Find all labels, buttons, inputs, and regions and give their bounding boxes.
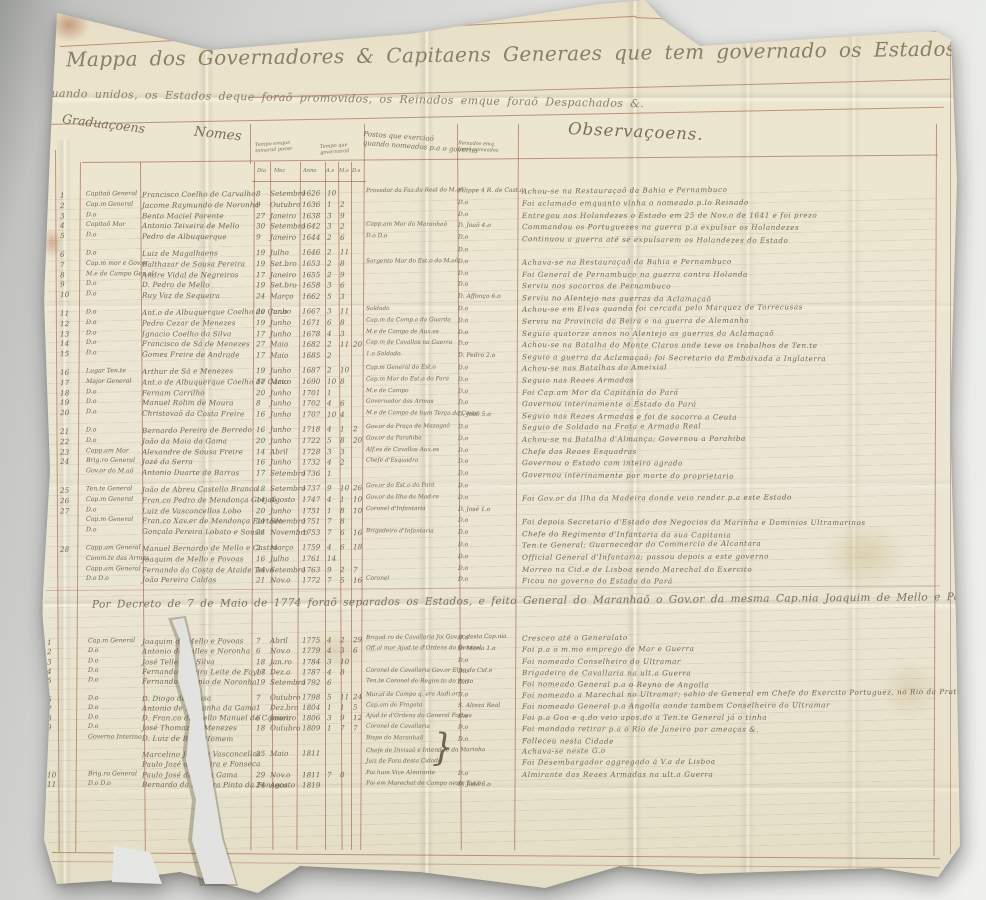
cell-p: Alf.es de Cavallos Aux.es bbox=[366, 447, 439, 453]
cell-an: 1751 bbox=[302, 517, 320, 526]
cell-r: D. Maria 1.a bbox=[458, 645, 496, 652]
cell-m: 10 bbox=[340, 657, 349, 666]
column-header-observacoens: Observaçoens. bbox=[568, 119, 704, 144]
cell-mz: Junho bbox=[270, 329, 291, 338]
cell-r: D.o bbox=[458, 364, 468, 371]
cell-r: D.o bbox=[458, 305, 468, 312]
cell-n: 7 bbox=[60, 260, 65, 269]
cell-di: 20 bbox=[256, 436, 265, 445]
cell-g: D.o bbox=[86, 329, 96, 336]
cell-n: 4 bbox=[60, 221, 65, 230]
cell-mz: Set.bro bbox=[270, 281, 297, 290]
cell-r: D.o bbox=[458, 270, 468, 277]
cell-di: 19 bbox=[256, 366, 265, 375]
cell-di: 20 bbox=[256, 388, 265, 397]
cell-m: 8 bbox=[340, 517, 345, 526]
cell-o: Seguio nas Reaes Armadas bbox=[522, 375, 634, 385]
cell-p: Provedor da Faz.da Real do M.aõ bbox=[366, 187, 463, 194]
cell-di: 16 bbox=[256, 554, 265, 563]
cell-nm: Joaquim de Mello e Povoas bbox=[142, 554, 244, 563]
cell-an: 1787 bbox=[302, 667, 320, 676]
cell-di: 27 bbox=[256, 211, 265, 220]
cell-a: 2 bbox=[327, 340, 332, 349]
cell-mz: Dez.o bbox=[270, 667, 290, 676]
cell-di: 19 bbox=[256, 259, 265, 268]
cell-o: Ficou no governo do Estado do Pará bbox=[522, 576, 673, 585]
cell-a: 1 bbox=[327, 469, 332, 478]
photograph-of-manuscript: Mappa dos Governadores & Capitaens Gener… bbox=[0, 0, 986, 900]
cell-an: 1678 bbox=[302, 329, 320, 338]
cell-n: 22 bbox=[60, 437, 69, 446]
cell-mz: Setembro bbox=[270, 469, 306, 478]
cell-g: D.o bbox=[86, 506, 96, 513]
cell-a: 3 bbox=[327, 281, 332, 290]
cell-a: 7 bbox=[327, 576, 332, 585]
cell-nm: Balthazar de Sousa Pereira bbox=[142, 259, 245, 269]
cell-nm: Bernardo da Silveira Pinto da Fonseca bbox=[142, 780, 288, 789]
cell-n: 6 bbox=[60, 250, 65, 259]
cell-mz: Set.bro bbox=[270, 259, 297, 268]
cell-mz: Outubro bbox=[270, 724, 300, 733]
cell-mz: Nov.o bbox=[270, 646, 290, 655]
cell-nm: João Pereira Caldas bbox=[142, 575, 216, 584]
cell-o: Foi nomeado General p.a Angolla aonde ta… bbox=[522, 700, 830, 711]
cell-p: Brigadeiro d'Infantaria bbox=[366, 528, 434, 534]
cell-nm: Marcelino Jozé de Vasconcellos bbox=[142, 749, 261, 759]
cell-d: 7 bbox=[353, 565, 358, 574]
cell-a: 3 bbox=[327, 447, 332, 456]
cell-di: 20 bbox=[256, 307, 265, 316]
red-rule-horizontal bbox=[52, 852, 940, 859]
cell-a: 3 bbox=[327, 657, 332, 666]
cell-p: Bispo do Maranhaõ bbox=[366, 735, 423, 741]
cell-g: D.o bbox=[86, 437, 96, 444]
cell-m: 6 bbox=[340, 233, 345, 242]
cell-o: Official General d'Infantaria; passou de… bbox=[522, 551, 769, 561]
cell-o: Foi p.a o m.mo emprego de Mar e Guerra bbox=[522, 644, 694, 654]
cell-mz: Setembro bbox=[270, 189, 306, 198]
cell-a: 1 bbox=[327, 506, 332, 515]
cell-g: D.o bbox=[86, 308, 96, 315]
cell-o: Morreo na Cid.e de Lisboa sendo Marechal… bbox=[522, 564, 752, 573]
cell-a: 4 bbox=[327, 399, 332, 408]
cell-r: D.o bbox=[458, 724, 468, 731]
cell-r: D.o bbox=[458, 246, 468, 253]
cell-n: 16 bbox=[60, 368, 69, 377]
cell-nm: Fernando Antonio de Noronha bbox=[142, 677, 257, 687]
cell-nm: Francisco de Sá de Menezes bbox=[142, 339, 250, 348]
cell-nm: Luiz de Vasconcellos Lobo bbox=[142, 506, 241, 515]
cell-d: 20 bbox=[353, 340, 362, 349]
cell-n: 5 bbox=[60, 231, 65, 240]
red-rule-vertical bbox=[250, 124, 251, 164]
cell-mz: Maio bbox=[270, 749, 288, 758]
cell-nm: Antonio de Saldanha da Gama bbox=[142, 703, 256, 713]
cell-a: 3 bbox=[327, 713, 332, 722]
cell-di: 16 bbox=[256, 410, 265, 419]
cell-nm: Paulo Jozé d'Oliveira e Fonseca bbox=[142, 759, 261, 769]
cell-p: Mar.al de Campo q. era Audi.or bbox=[366, 691, 458, 698]
cell-a: 4 bbox=[327, 424, 332, 433]
cell-g: D.o bbox=[86, 280, 96, 287]
cell-r: D.o bbox=[458, 258, 468, 265]
cell-p: 1.o Soldado bbox=[366, 351, 401, 357]
cell-m: 6 bbox=[340, 281, 345, 290]
cell-n: 19 bbox=[60, 398, 69, 407]
cell-an: 1804 bbox=[302, 703, 320, 712]
cell-r: Filippe 4 R. de Cast.a bbox=[458, 187, 524, 195]
cell-nm: Arthur de Sá e Menezes bbox=[142, 366, 233, 376]
cell-di: 1 bbox=[256, 703, 261, 712]
cell-r: D.o bbox=[458, 517, 468, 524]
cell-nm: Fernando Pereira Leite de Foyos bbox=[142, 667, 265, 676]
cell-n: 7 bbox=[47, 704, 52, 713]
cell-n: 26 bbox=[60, 496, 69, 505]
cell-r: D.o bbox=[458, 435, 468, 442]
cell-m: 2 bbox=[340, 222, 345, 231]
cell-g: D.o bbox=[86, 339, 96, 346]
cell-an: 1644 bbox=[302, 233, 320, 242]
cell-a: 4 bbox=[327, 667, 332, 676]
paper-sheet: Mappa dos Governadores & Capitaens Gener… bbox=[0, 0, 986, 900]
cell-an: 1751 bbox=[302, 506, 320, 515]
cell-g: Ten.te General bbox=[86, 485, 132, 492]
cell-an: 1690 bbox=[302, 377, 320, 386]
cell-an: 1763 bbox=[302, 565, 320, 574]
cell-n: 12 bbox=[60, 319, 69, 328]
cell-an: 1626 bbox=[302, 189, 320, 198]
cell-an: 1737 bbox=[302, 484, 320, 493]
subheader-dia: Dia bbox=[257, 168, 266, 174]
cell-r: D.o bbox=[458, 458, 468, 465]
cell-o: Foi depois Secretario d'Estado dos Negoc… bbox=[522, 517, 866, 527]
cell-mz: Setembro bbox=[270, 565, 306, 574]
cell-an: 1811 bbox=[302, 770, 320, 779]
cell-an: 1655 bbox=[302, 270, 320, 279]
cell-r: D.o bbox=[458, 494, 468, 501]
cell-r: D.o bbox=[458, 317, 468, 324]
cell-o: Foi nomeado General p.a o Reyno de Angol… bbox=[522, 679, 709, 689]
cell-an: 1759 bbox=[302, 543, 320, 552]
cell-di: 6 bbox=[256, 646, 261, 655]
cell-g: D.o bbox=[86, 426, 96, 433]
cell-nm: Gomes Freire de Andrade bbox=[142, 350, 240, 360]
cell-nm: Paulo José da Silva Gama bbox=[142, 770, 238, 779]
cell-r: D.o bbox=[458, 553, 468, 560]
cell-n: 21 bbox=[60, 427, 69, 436]
cell-a: 3 bbox=[327, 306, 332, 315]
cell-di: 24 bbox=[256, 780, 265, 789]
cell-m: 3 bbox=[340, 646, 345, 655]
cell-di: 16 bbox=[256, 425, 265, 434]
cell-di: 17 bbox=[256, 469, 265, 478]
cell-nm: Ruy Vaz de Sequeira bbox=[142, 291, 220, 301]
cell-d: 29 bbox=[353, 635, 362, 644]
cell-m: 8 bbox=[340, 436, 345, 445]
cell-r: D.o bbox=[458, 735, 468, 742]
cell-mz: Nov.o bbox=[270, 770, 290, 779]
cell-m: 2 bbox=[340, 635, 345, 644]
cell-g: D.o bbox=[86, 408, 96, 415]
cell-a: 2 bbox=[327, 233, 332, 242]
cell-m: 7 bbox=[340, 724, 345, 733]
corner-stain bbox=[48, 8, 90, 42]
red-rule-horizontal bbox=[52, 861, 940, 868]
cell-r: D. Pedro 2.o bbox=[458, 352, 495, 359]
cell-m: 10 bbox=[340, 483, 349, 492]
cell-p: Coronel d'Infantaria bbox=[366, 506, 426, 512]
cell-d: 6 bbox=[353, 646, 358, 655]
cell-a: 9 bbox=[327, 483, 332, 492]
cell-n: 18 bbox=[60, 388, 69, 397]
cell-mz: Outubro bbox=[270, 692, 300, 701]
cell-p: Soldado bbox=[366, 306, 390, 312]
cell-m: 8 bbox=[340, 506, 345, 515]
cell-di: 29 bbox=[256, 770, 265, 779]
cell-o: Achava-se neste G.o bbox=[522, 746, 606, 756]
cell-a: 4 bbox=[327, 458, 332, 467]
cell-mz: Março bbox=[270, 292, 293, 301]
cell-o: Entregou aos Holandezes o Estado em 25 d… bbox=[522, 210, 817, 219]
cell-n: 20 bbox=[60, 408, 69, 417]
cell-o: Brigadeiro de Cavallaria na ult.a Guerra bbox=[522, 668, 691, 677]
cell-d: 2 bbox=[353, 424, 358, 433]
cell-m: 1 bbox=[340, 424, 345, 433]
cell-di: 24 bbox=[256, 292, 265, 301]
cell-o: Foi Gov.or da Ilha da Madeira donde veio… bbox=[522, 492, 792, 502]
cell-an: 1718 bbox=[302, 425, 320, 434]
cell-mz: Junho bbox=[270, 458, 291, 467]
cell-m: 3 bbox=[340, 292, 345, 301]
cell-nm: Fernam Carrilho bbox=[142, 388, 205, 397]
cell-mz: Setembro bbox=[270, 484, 306, 493]
cell-o: Serviu no Alentejo nas guerras da Aclama… bbox=[522, 293, 711, 303]
cell-an: 1819 bbox=[302, 780, 320, 789]
cell-an: 1671 bbox=[302, 318, 320, 327]
cell-p: Gov.or da Praça de Mazagaõ bbox=[366, 423, 450, 430]
cell-mz: Maio bbox=[270, 377, 288, 386]
cell-g: Cap.m General bbox=[86, 201, 133, 208]
subheader-mez: Mez bbox=[274, 168, 285, 174]
cell-nm: Bernardo Pereira de Berredo bbox=[142, 425, 252, 435]
cell-an: 1702 bbox=[302, 399, 320, 408]
cell-nm: João de Abreu Castello Branco bbox=[142, 484, 258, 494]
cell-mz: Junho bbox=[270, 307, 291, 316]
cell-mz: Junho bbox=[270, 425, 291, 434]
cell-d: 12 bbox=[353, 713, 362, 722]
cell-an: 1761 bbox=[302, 554, 320, 563]
cell-nm: D. Pedro de Mello bbox=[142, 280, 210, 289]
cell-n: 8 bbox=[60, 270, 65, 279]
cell-mz: Junho bbox=[270, 388, 291, 397]
cell-d: 18 bbox=[353, 542, 362, 551]
cell-nm: Francisco Coelho de Carvalho bbox=[142, 189, 256, 199]
cell-r: D.o bbox=[458, 634, 468, 641]
cell-m: 1 bbox=[340, 495, 345, 504]
cell-p: Cap.m Mor do Est.o do Pará bbox=[366, 376, 449, 382]
cell-n: 11 bbox=[47, 780, 56, 789]
cell-o: Foi p.a Goa e q.do veio apos.do a Ten.te… bbox=[522, 713, 767, 722]
cell-n: 11 bbox=[60, 309, 69, 318]
cell-a: 1 bbox=[327, 724, 332, 733]
cell-di: 7 bbox=[256, 693, 261, 702]
cell-mz: Janeiro bbox=[270, 211, 296, 220]
cell-mz: Agosto bbox=[270, 495, 295, 504]
cell-nm: Antonio de Salles e Noronha bbox=[142, 646, 250, 656]
cell-m: 6 bbox=[340, 528, 345, 537]
cell-m: 8 bbox=[340, 259, 345, 268]
cell-n: 2 bbox=[60, 201, 65, 210]
cell-g: D.o D.o bbox=[88, 780, 111, 787]
cell-m: 3 bbox=[340, 329, 345, 338]
cell-n: 4 bbox=[47, 667, 52, 676]
cell-g: Cap.m General bbox=[88, 637, 135, 644]
cell-m: 8 bbox=[340, 318, 345, 327]
cell-n: 28 bbox=[60, 545, 69, 554]
cell-r: D.o bbox=[458, 376, 468, 383]
cell-nm: D. Luiz de Brito Homem bbox=[142, 733, 233, 743]
cell-an: 1687 bbox=[302, 366, 320, 375]
cell-a: 7 bbox=[327, 528, 332, 537]
cell-m: 10 bbox=[340, 365, 349, 374]
cell-nm: Antonio Duarte de Barros bbox=[142, 468, 239, 478]
cell-o: Serviu na Provincia da Beira e na guerra… bbox=[522, 316, 749, 326]
cell-m: 1 bbox=[340, 703, 345, 712]
cell-di: 21 bbox=[256, 576, 265, 585]
cell-an: 1747 bbox=[302, 495, 320, 504]
cell-nm: José Telles da Silva bbox=[142, 657, 215, 666]
cell-di: 14 bbox=[256, 447, 265, 456]
cell-mz: Jan.ro bbox=[270, 657, 292, 666]
cell-mz: Julho bbox=[270, 248, 289, 257]
cell-n: 9 bbox=[47, 723, 52, 732]
cell-a: 4 bbox=[327, 542, 332, 551]
cell-an: 1775 bbox=[302, 636, 320, 645]
cell-r: D.o bbox=[458, 199, 468, 206]
cell-an: 1722 bbox=[302, 436, 320, 445]
cell-a: 10 bbox=[327, 377, 336, 386]
cell-g: D.o bbox=[88, 704, 98, 711]
cell-n: 3 bbox=[47, 657, 52, 666]
cell-di: 14 bbox=[256, 565, 265, 574]
cell-g: D.o bbox=[86, 249, 96, 256]
cell-a: 6 bbox=[327, 318, 332, 327]
cell-an: 1707 bbox=[302, 410, 320, 419]
cell-m: 9 bbox=[340, 211, 345, 220]
cell-n: 10 bbox=[60, 290, 69, 299]
cell-a: 7 bbox=[327, 517, 332, 526]
cell-r: D.o bbox=[458, 388, 468, 395]
cell-o: Achou-se na Batalha do Monte Claros onde… bbox=[522, 340, 818, 350]
table-row: D.o D.oJoão Pereira Caldas21Nov.o1772751… bbox=[0, 575, 986, 589]
cell-a: 2 bbox=[327, 270, 332, 279]
cell-g: Lugar Ten.te bbox=[86, 367, 126, 374]
cell-nm: Ignacio Coelho da Silva bbox=[142, 329, 231, 338]
cell-g: Comm.te das Armas bbox=[86, 554, 149, 561]
cell-n: 13 bbox=[60, 329, 69, 338]
cell-an: 1646 bbox=[302, 248, 320, 257]
cell-r: D.o bbox=[458, 529, 468, 536]
cell-nm: Fernando da Costa de Ataide Teive bbox=[142, 565, 274, 574]
cell-nm: João da Maia da Gama bbox=[142, 436, 227, 445]
cell-r: D.o bbox=[458, 423, 468, 430]
cell-di: 18 bbox=[256, 484, 265, 493]
cell-m: 11 bbox=[340, 306, 349, 315]
cell-g: D.o bbox=[88, 667, 98, 674]
cell-n: 3 bbox=[60, 211, 65, 220]
cell-o: Almirante das Reaes Armadas na ult.a Gue… bbox=[522, 769, 713, 778]
cell-nm: José Thomaz de Menezes bbox=[142, 723, 237, 732]
cell-n: 6 bbox=[47, 694, 52, 703]
paper-surface: Mappa dos Governadores & Capitaens Gener… bbox=[0, 0, 986, 900]
cell-o: Foi Desembargador aggregado á V.a de Lis… bbox=[522, 757, 716, 767]
cell-di: 7 bbox=[256, 636, 261, 645]
cell-m: 2 bbox=[340, 458, 345, 467]
cell-r: D.o bbox=[458, 234, 468, 241]
header-line: tomaraõ posse bbox=[255, 146, 292, 155]
document-subtitle: quando unidos, os Estados deque foraõ pr… bbox=[44, 87, 645, 110]
cell-g: Cap.m General bbox=[86, 496, 133, 503]
cell-mz: Setembro bbox=[270, 517, 306, 526]
cell-mz: Setembro bbox=[270, 222, 306, 231]
cell-a: 6 bbox=[327, 678, 332, 687]
subheader-ms: M.s bbox=[339, 168, 349, 174]
cell-mz: Julho bbox=[270, 554, 289, 563]
cell-a: 10 bbox=[327, 188, 336, 197]
cell-p: Governador das Armas bbox=[366, 399, 434, 405]
cell-d: 24 bbox=[353, 692, 362, 701]
cell-p: M.e de Campo bbox=[366, 388, 409, 394]
cell-di: 18 bbox=[256, 657, 265, 666]
cell-m: 6 bbox=[340, 542, 345, 551]
cell-di: 17 bbox=[256, 351, 265, 360]
cell-mz: Abril bbox=[270, 636, 288, 645]
cell-r: D.o bbox=[458, 713, 468, 720]
cell-p: Gov.or da Ilha da Mad.ra bbox=[366, 494, 439, 500]
cell-o: Foi nomeado Conselheiro do Ultramar bbox=[522, 656, 681, 665]
cell-m: 8 bbox=[340, 667, 345, 676]
cell-d: 20 bbox=[353, 435, 362, 444]
cell-an: 1638 bbox=[302, 211, 320, 220]
cell-n: 27 bbox=[60, 506, 69, 515]
cell-di: 14 bbox=[256, 495, 265, 504]
cell-an: 1728 bbox=[302, 447, 320, 456]
cell-mz: Nov.o bbox=[270, 576, 290, 585]
cell-mz: Abril bbox=[270, 447, 288, 456]
cell-g: D.o bbox=[86, 526, 96, 533]
cell-r: D.o bbox=[458, 657, 468, 664]
cell-a: 7 bbox=[327, 770, 332, 779]
cell-n: 1 bbox=[60, 191, 65, 200]
cell-o: Chefe das Reaes Esquadras bbox=[522, 446, 637, 455]
cell-r: D.o bbox=[458, 576, 468, 583]
cell-nm: Joaquim de Mello e Povoas bbox=[142, 636, 244, 646]
cell-an: 1809 bbox=[302, 724, 320, 733]
cell-g: D.o bbox=[86, 349, 96, 356]
cell-di: 9 bbox=[256, 233, 261, 242]
cell-a: 5 bbox=[327, 436, 332, 445]
cell-p: Ajud.te d'Ordens do General Forbes bbox=[366, 713, 472, 719]
cell-n: 9 bbox=[60, 280, 65, 289]
cell-di: 19 bbox=[256, 248, 265, 257]
cell-r: D.o bbox=[458, 565, 468, 572]
cell-n: 14 bbox=[60, 339, 69, 348]
cell-di: 20 bbox=[256, 506, 265, 515]
cell-nm: Jacome Raymundo de Noronha bbox=[142, 200, 259, 210]
cell-a: 3 bbox=[327, 222, 332, 231]
cell-o: Seguio de Soldado na Frota e Armada Real bbox=[522, 421, 701, 432]
cell-di: 27 bbox=[256, 340, 265, 349]
